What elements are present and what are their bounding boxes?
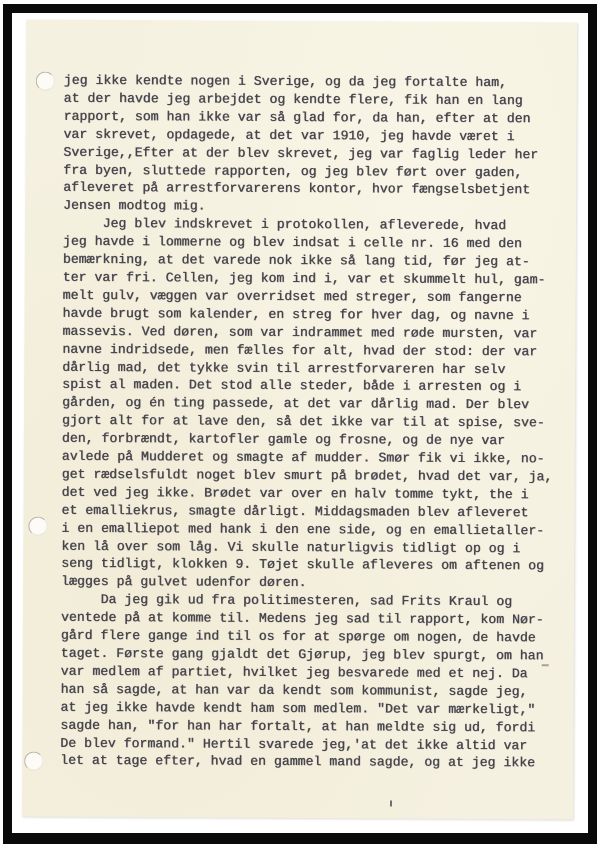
scanned-document-page: jeg ikke kendte nogen i Sverige, og da j…: [0, 0, 600, 846]
ink-speck: [390, 800, 392, 806]
punch-hole-top: [36, 72, 55, 91]
paper-sheet: jeg ikke kendte nogen i Sverige, og da j…: [22, 20, 577, 820]
punch-hole-bottom: [24, 752, 43, 771]
typewritten-body-text: jeg ikke kendte nogen i Sverige, og da j…: [60, 72, 554, 773]
ink-speck: [542, 664, 549, 666]
punch-hole-middle: [28, 517, 47, 536]
